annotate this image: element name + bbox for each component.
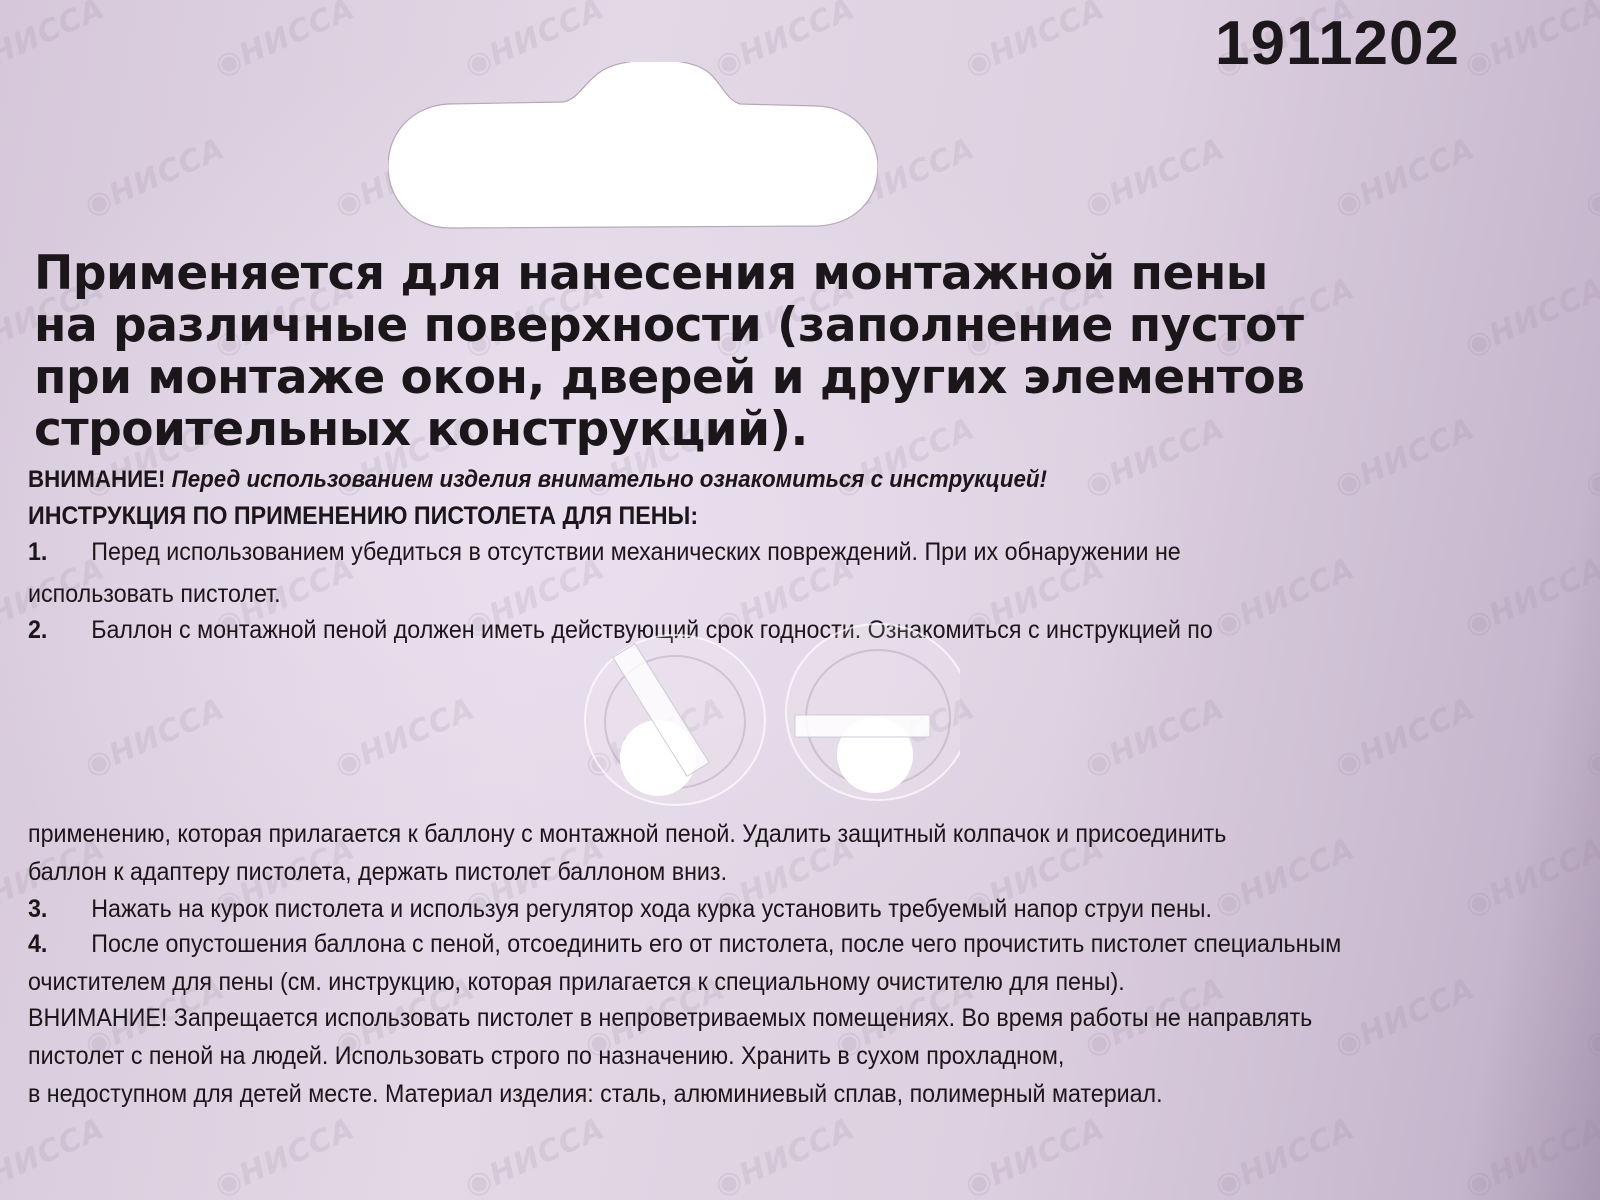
item-text: Перед использованием убедиться в отсутст…	[91, 538, 1180, 566]
instruction-item-2-cont: баллон к адаптеру пистолета, держать пис…	[28, 858, 1479, 887]
watermark-logo: ◉НИССА	[1459, 551, 1600, 644]
headline-line: при монтаже окон, дверей и других элемен…	[34, 352, 1594, 404]
warning-label: ВНИМАНИЕ!	[28, 466, 165, 493]
watermark-logo: ◉НИССА	[1079, 691, 1230, 784]
packaging-card: ◉НИССА◉НИССА◉НИССА◉НИССА◉НИССА◉НИССА◉НИС…	[0, 0, 1600, 1200]
blister-parts	[560, 600, 960, 810]
watermark-logo: ◉НИССА	[459, 1111, 610, 1200]
watermark-logo: ◉НИССА	[0, 0, 110, 84]
warning-bottom-line: пистолет с пеной на людей. Использовать …	[28, 1042, 1064, 1071]
headline-line: Применяется для нанесения монтажной пены	[34, 248, 1594, 300]
warning-bottom-line: ВНИМАНИЕ! Запрещается использовать писто…	[28, 1004, 1312, 1033]
watermark-logo: ◉НИССА	[0, 1111, 110, 1200]
nozzle-part-left	[585, 635, 765, 805]
watermark-logo: ◉НИССА	[1079, 131, 1230, 224]
instruction-item-4: 4.После опустошения баллона с пеной, отс…	[28, 930, 1479, 959]
instructions-title: ИНСТРУКЦИЯ ПО ПРИМЕНЕНИЮ ПИСТОЛЕТА ДЛЯ П…	[28, 500, 1479, 532]
item-text: Нажать на курок пистолета и используя ре…	[91, 895, 1212, 923]
item-number: 3.	[28, 895, 91, 924]
watermark-logo: ◉НИССА	[1209, 1111, 1360, 1200]
instruction-item-3: 3.Нажать на курок пистолета и используя …	[28, 895, 1479, 924]
watermark-logo: ◉НИССА	[1579, 971, 1600, 1064]
warning-top: ВНИМАНИЕ! Перед использованием изделия в…	[28, 464, 1479, 496]
watermark-logo: ◉НИССА	[959, 0, 1110, 84]
watermark-logo: ◉НИССА	[709, 1111, 860, 1200]
instruction-item-4-cont: очистителем для пены (см. инструкцию, ко…	[28, 968, 1479, 997]
hang-hole-cutout	[388, 62, 878, 230]
watermark-logo: ◉НИССА	[959, 1111, 1110, 1200]
instruction-item-2-cont: применению, которая прилагается к баллон…	[28, 820, 1479, 849]
watermark-logo: ◉НИССА	[1459, 1111, 1600, 1200]
product-description-headline: Применяется для нанесения монтажной пены…	[34, 248, 1594, 456]
headline-line: строительных конструкций).	[34, 404, 1594, 456]
item-number: 1.	[28, 538, 91, 567]
watermark-logo: ◉НИССА	[1459, 0, 1600, 84]
warning-bottom-line: в недоступном для детей месте. Материал …	[28, 1080, 1163, 1109]
watermark-logo: ◉НИССА	[1329, 131, 1480, 224]
instruction-item-1: 1.Перед использованием убедиться в отсут…	[28, 538, 1479, 567]
watermark-logo: ◉НИССА	[329, 691, 480, 784]
item-text: После опустошения баллона с пеной, отсое…	[91, 930, 1341, 958]
watermark-logo: ◉НИССА	[1579, 131, 1600, 224]
watermark-logo: ◉НИССА	[79, 691, 230, 784]
watermark-logo: ◉НИССА	[1329, 691, 1480, 784]
headline-line: на различные поверхности (заполнение пус…	[34, 300, 1594, 352]
watermark-logo: ◉НИССА	[1459, 831, 1600, 924]
item-number: 4.	[28, 930, 91, 959]
nozzle-part-right	[786, 624, 960, 800]
article-number: 1911202	[1215, 8, 1460, 79]
watermark-logo: ◉НИССА	[209, 0, 360, 84]
watermark-logo: ◉НИССА	[1579, 691, 1600, 784]
watermark-logo: ◉НИССА	[79, 131, 230, 224]
item-number: 2.	[28, 616, 91, 645]
watermark-logo: ◉НИССА	[209, 1111, 360, 1200]
warning-text: Перед использованием изделия внимательно…	[172, 466, 1047, 493]
